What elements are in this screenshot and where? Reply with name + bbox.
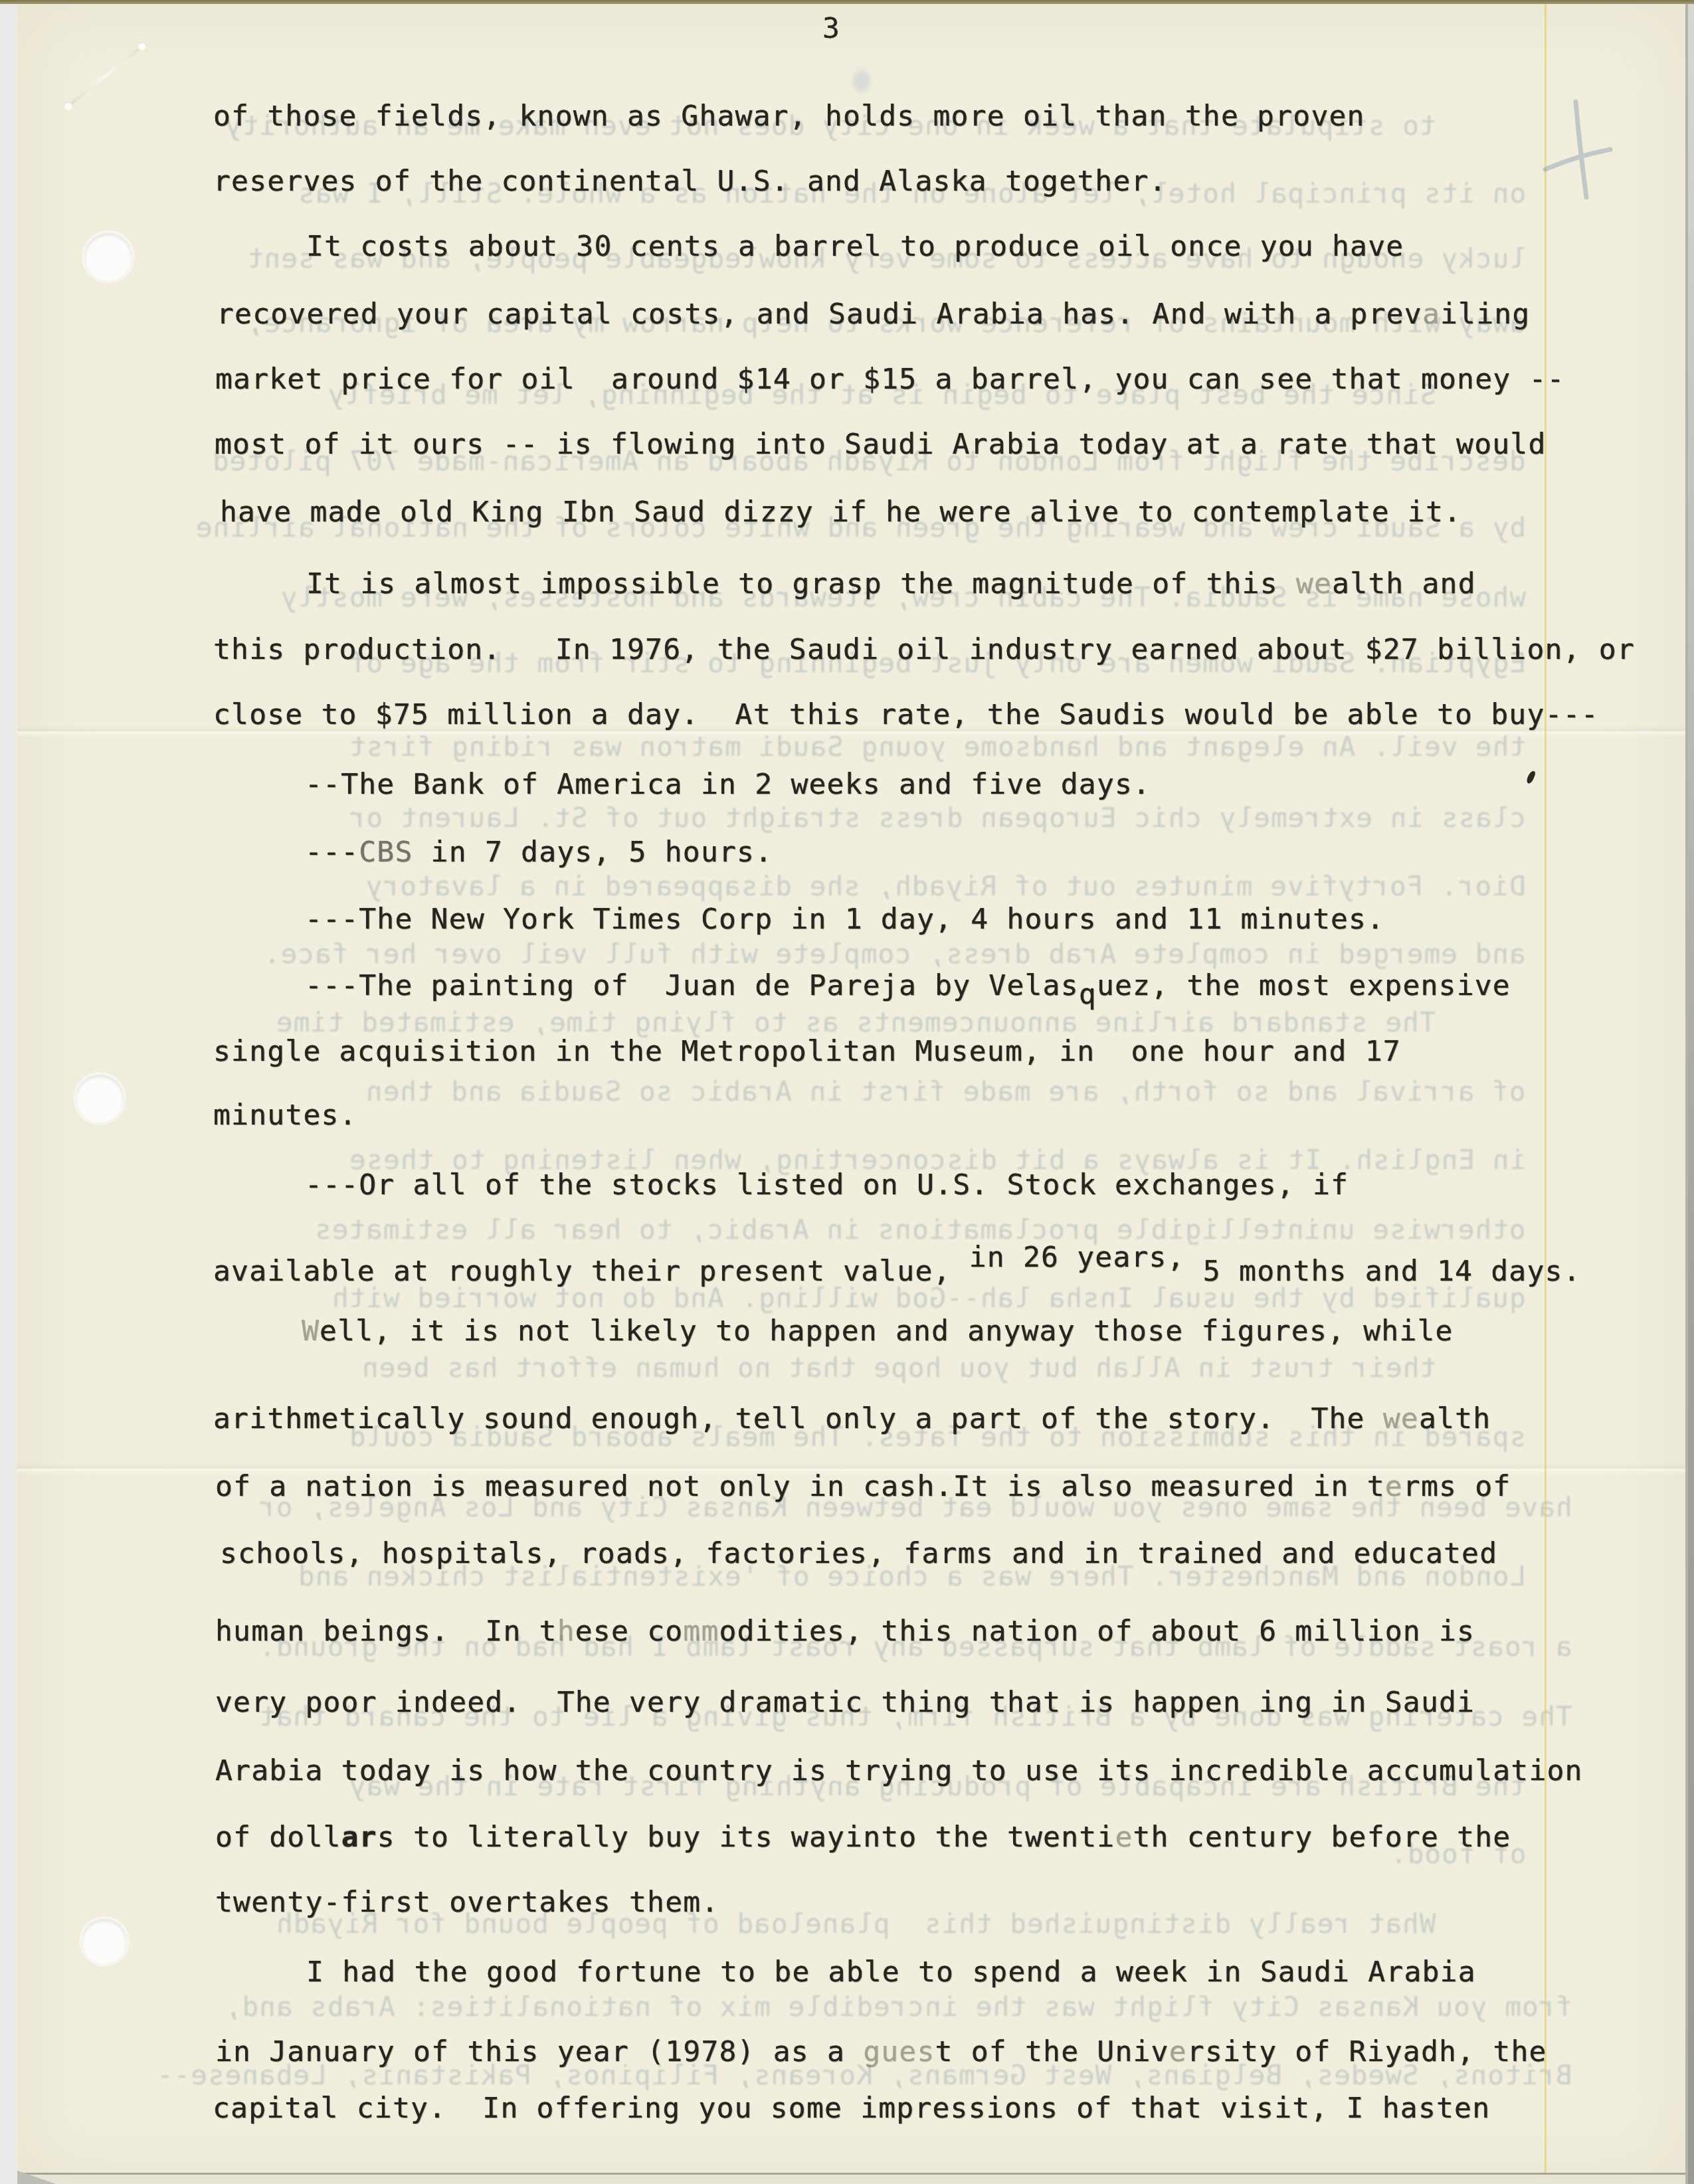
typed-line: have made old King Ibn Saud dizzy if he … — [220, 498, 1461, 527]
typed-line: --The Bank of America in 2 weeks and fiv… — [305, 771, 1151, 799]
typed-text-segment: rsity of Riyadh, the — [1187, 2035, 1547, 2068]
typed-text-segment: ar — [341, 1821, 377, 1854]
typed-line: single acquisition in the Metropolitan M… — [213, 1038, 1401, 1066]
typed-text-segment: in January of this year (1978) as a — [215, 2035, 863, 2068]
typed-line: close to $75 million a day. At this rate… — [213, 701, 1599, 729]
typed-text-segment: W — [302, 1315, 320, 1348]
typed-line: It costs about 30 cents a barrel to prod… — [306, 232, 1404, 261]
typed-text-segment: into the twenti — [845, 1821, 1115, 1854]
bleedthrough-line: qualified by the usual Insha lah--God wi… — [331, 1285, 1526, 1312]
typed-line: human beings. In these commodities, this… — [215, 1617, 1475, 1646]
typed-text-segment: h — [557, 1615, 575, 1648]
typed-text-segment: It costs about 30 cents a barrel to prod… — [306, 230, 1404, 263]
typed-text-segment: e — [1115, 1821, 1133, 1854]
typed-text-segment: alth — [1419, 1402, 1491, 1435]
typed-line: schools, hospitals, roads, factories, fa… — [220, 1540, 1497, 1568]
typed-text-segment: have made old King Ibn Saud dizzy if he … — [220, 496, 1461, 529]
typed-line: of those fields, known as Ghawar, holds … — [213, 102, 1365, 131]
typed-text-segment: It is almost impossible to grasp the mag… — [306, 567, 1296, 600]
typed-text-segment: uez, the most expensive — [1097, 969, 1511, 1002]
bleedthrough-line: their trust in Allah but you hope that n… — [361, 1354, 1436, 1382]
typed-text-segment: very poor indeed. The very dramatic thin… — [215, 1686, 1475, 1719]
typed-text-segment: --- — [305, 836, 359, 869]
typed-line: in January of this year (1978) as a gues… — [215, 2038, 1547, 2066]
typed-line: Arabia today is how the country is tryin… — [215, 1757, 1583, 1785]
scan-margin-top — [0, 0, 1694, 4]
typed-text-segment: reserves of the continental U.S. and Ala… — [213, 165, 1167, 198]
typed-text-segment: ese co — [575, 1615, 684, 1648]
typed-line: arithmetically sound enough, tell only a… — [213, 1405, 1491, 1433]
typed-text-segment: q — [1079, 978, 1097, 1011]
typed-text-segment: s to literally buy its way — [377, 1821, 845, 1854]
typed-text-segment: twenty-first overtakes them. — [215, 1886, 719, 1919]
typed-line: available at roughly their present value… — [213, 1257, 1581, 1286]
typed-text-segment: alth and — [1332, 567, 1476, 600]
typed-line: ---The painting of Juan de Pareja by Vel… — [305, 972, 1511, 1000]
punch-hole-middle — [76, 1075, 124, 1123]
scan-margin-left — [0, 0, 17, 2184]
typed-line: I had the good fortune to be able to spe… — [306, 1958, 1476, 1987]
typed-text-segment: t of the Univ — [935, 2035, 1169, 2068]
typed-text-segment: minutes. — [213, 1099, 357, 1132]
typed-line: recovered your capital costs, and Saudi … — [217, 300, 1530, 329]
typed-text-segment: ell, it is not likely to happen and anyw… — [320, 1315, 1454, 1348]
typed-text-segment: th century before the — [1133, 1821, 1511, 1854]
typed-text-segment: single acquisition in the Metropolitan M… — [213, 1035, 1401, 1068]
typed-text-segment: in 26 years, — [969, 1241, 1185, 1274]
typed-text-segment: most of it ours -- is flowing into Saudi… — [215, 428, 1547, 461]
bleedthrough-line: from you Kansas City flight was the incr… — [225, 1993, 1572, 2021]
typed-text-segment: 5 months and 14 days. — [1185, 1255, 1581, 1288]
bleedthrough-line: Dior. Fortyfive minutes out of Riyadh, s… — [365, 873, 1526, 900]
typed-line: most of it ours -- is flowing into Saudi… — [215, 430, 1547, 459]
document-page: to stipulate that a week in one city doe… — [17, 3, 1685, 2184]
typed-text-segment: we — [1383, 1402, 1419, 1435]
typed-text-segment: we — [1296, 567, 1332, 600]
punch-hole-bottom — [82, 1919, 127, 1964]
page-number: 3 — [822, 15, 840, 43]
typed-line: this production. In 1976, the Saudi oil … — [213, 636, 1635, 664]
typed-line: minutes. — [213, 1101, 357, 1130]
typed-text-segment: human beings. In t — [215, 1615, 557, 1648]
staple-indentation — [66, 45, 143, 108]
ink-speck — [1525, 770, 1536, 784]
typed-line: reserves of the continental U.S. and Ala… — [213, 167, 1167, 196]
scan-margin-right — [1688, 0, 1694, 2184]
typed-text-segment: --The Bank of America in 2 weeks and fiv… — [305, 768, 1151, 801]
typed-line: twenty-first overtakes them. — [215, 1888, 719, 1917]
bleedthrough-line: class in extremely chic European dress s… — [349, 804, 1526, 832]
typed-line: Well, it is not likely to happen and any… — [302, 1317, 1454, 1346]
scanned-typewritten-page: { "page": { "number": "3", "pencil_mark"… — [0, 0, 1694, 2184]
typed-text-segment: e — [1169, 2035, 1187, 2068]
typed-text-segment: ---Or all of the stocks listed on U.S. S… — [305, 1168, 1349, 1202]
typed-text-segment: of doll — [215, 1821, 341, 1854]
typed-line: of a nation is measured not only in cash… — [215, 1473, 1511, 1501]
typed-text-segment: a — [1422, 298, 1440, 331]
typed-text-segment: arithmetically sound enough, tell only a… — [213, 1402, 1383, 1435]
typed-text-segment: iling — [1440, 298, 1530, 331]
under-sheet — [17, 2175, 1685, 2184]
punch-hole-top — [84, 233, 132, 281]
bleedthrough-line: otherwise unintelligible proclamations i… — [314, 1216, 1526, 1243]
typed-text-segment: Arabia today is how the country is tryin… — [215, 1754, 1583, 1787]
typed-line: capital city. In offering you some impre… — [213, 2094, 1490, 2123]
bleedthrough-line: and emerged in complete Arab dress, comp… — [263, 941, 1526, 968]
bleedthrough-line: the veil. An elegant and handsome young … — [349, 733, 1526, 761]
staple-hole — [64, 102, 72, 110]
typed-text-segment: capital city. In offering you some impre… — [213, 2092, 1490, 2125]
typed-text-segment: CBS — [359, 836, 413, 869]
typed-line: ---CBS in 7 days, 5 hours. — [305, 838, 773, 867]
typed-text-segment: gues — [863, 2035, 935, 2068]
typed-line: market price for oil around $14 or $15 a… — [215, 365, 1565, 394]
ink-smudge — [853, 70, 870, 92]
typed-text-segment: mm — [683, 1615, 719, 1648]
typed-text-segment: this production. In 1976, the Saudi oil … — [213, 633, 1635, 666]
typed-text-segment: ---The New York Times Corp in 1 day, 4 h… — [305, 903, 1384, 936]
typed-text-segment: close to $75 million a day. At this rate… — [213, 698, 1599, 731]
typed-line: ---Or all of the stocks listed on U.S. S… — [305, 1171, 1349, 1200]
bleedthrough-line: of arrival and so forth, are made first … — [365, 1078, 1526, 1105]
second-sheet-guide-line — [1545, 3, 1547, 2184]
typed-text-segment: e — [1385, 1470, 1403, 1503]
typed-text-segment: rms of — [1403, 1470, 1511, 1503]
typed-line: ---The New York Times Corp in 1 day, 4 h… — [305, 905, 1384, 934]
typed-text-segment: market price for oil around $14 or $15 a… — [215, 363, 1565, 396]
typed-text-segment: I had the good fortune to be able to spe… — [306, 1956, 1476, 1989]
typed-text-segment: odities, this nation of about 6 million … — [719, 1615, 1475, 1648]
typed-text-segment: in 7 days, 5 hours. — [413, 836, 773, 869]
staple-hole — [138, 42, 146, 50]
typed-text-segment: of a nation is measured not only in cash… — [215, 1470, 1385, 1503]
typed-text-segment: available at roughly their present value… — [213, 1255, 969, 1288]
typed-text-segment: of those fields, known as Ghawar, holds … — [213, 100, 1365, 133]
typed-text-segment: recovered your capital costs, and Saudi … — [217, 298, 1422, 331]
typed-text-segment: ---The painting of Juan de Pareja by Vel… — [305, 969, 1079, 1002]
typed-line: of dollars to literally buy its wayinto … — [215, 1823, 1511, 1852]
typed-text-segment: schools, hospitals, roads, factories, fa… — [220, 1537, 1497, 1570]
typed-line: very poor indeed. The very dramatic thin… — [215, 1688, 1475, 1717]
typed-line: It is almost impossible to grasp the mag… — [306, 570, 1476, 598]
bleedthrough-line: The standard airline announcements as to… — [276, 1009, 1436, 1036]
